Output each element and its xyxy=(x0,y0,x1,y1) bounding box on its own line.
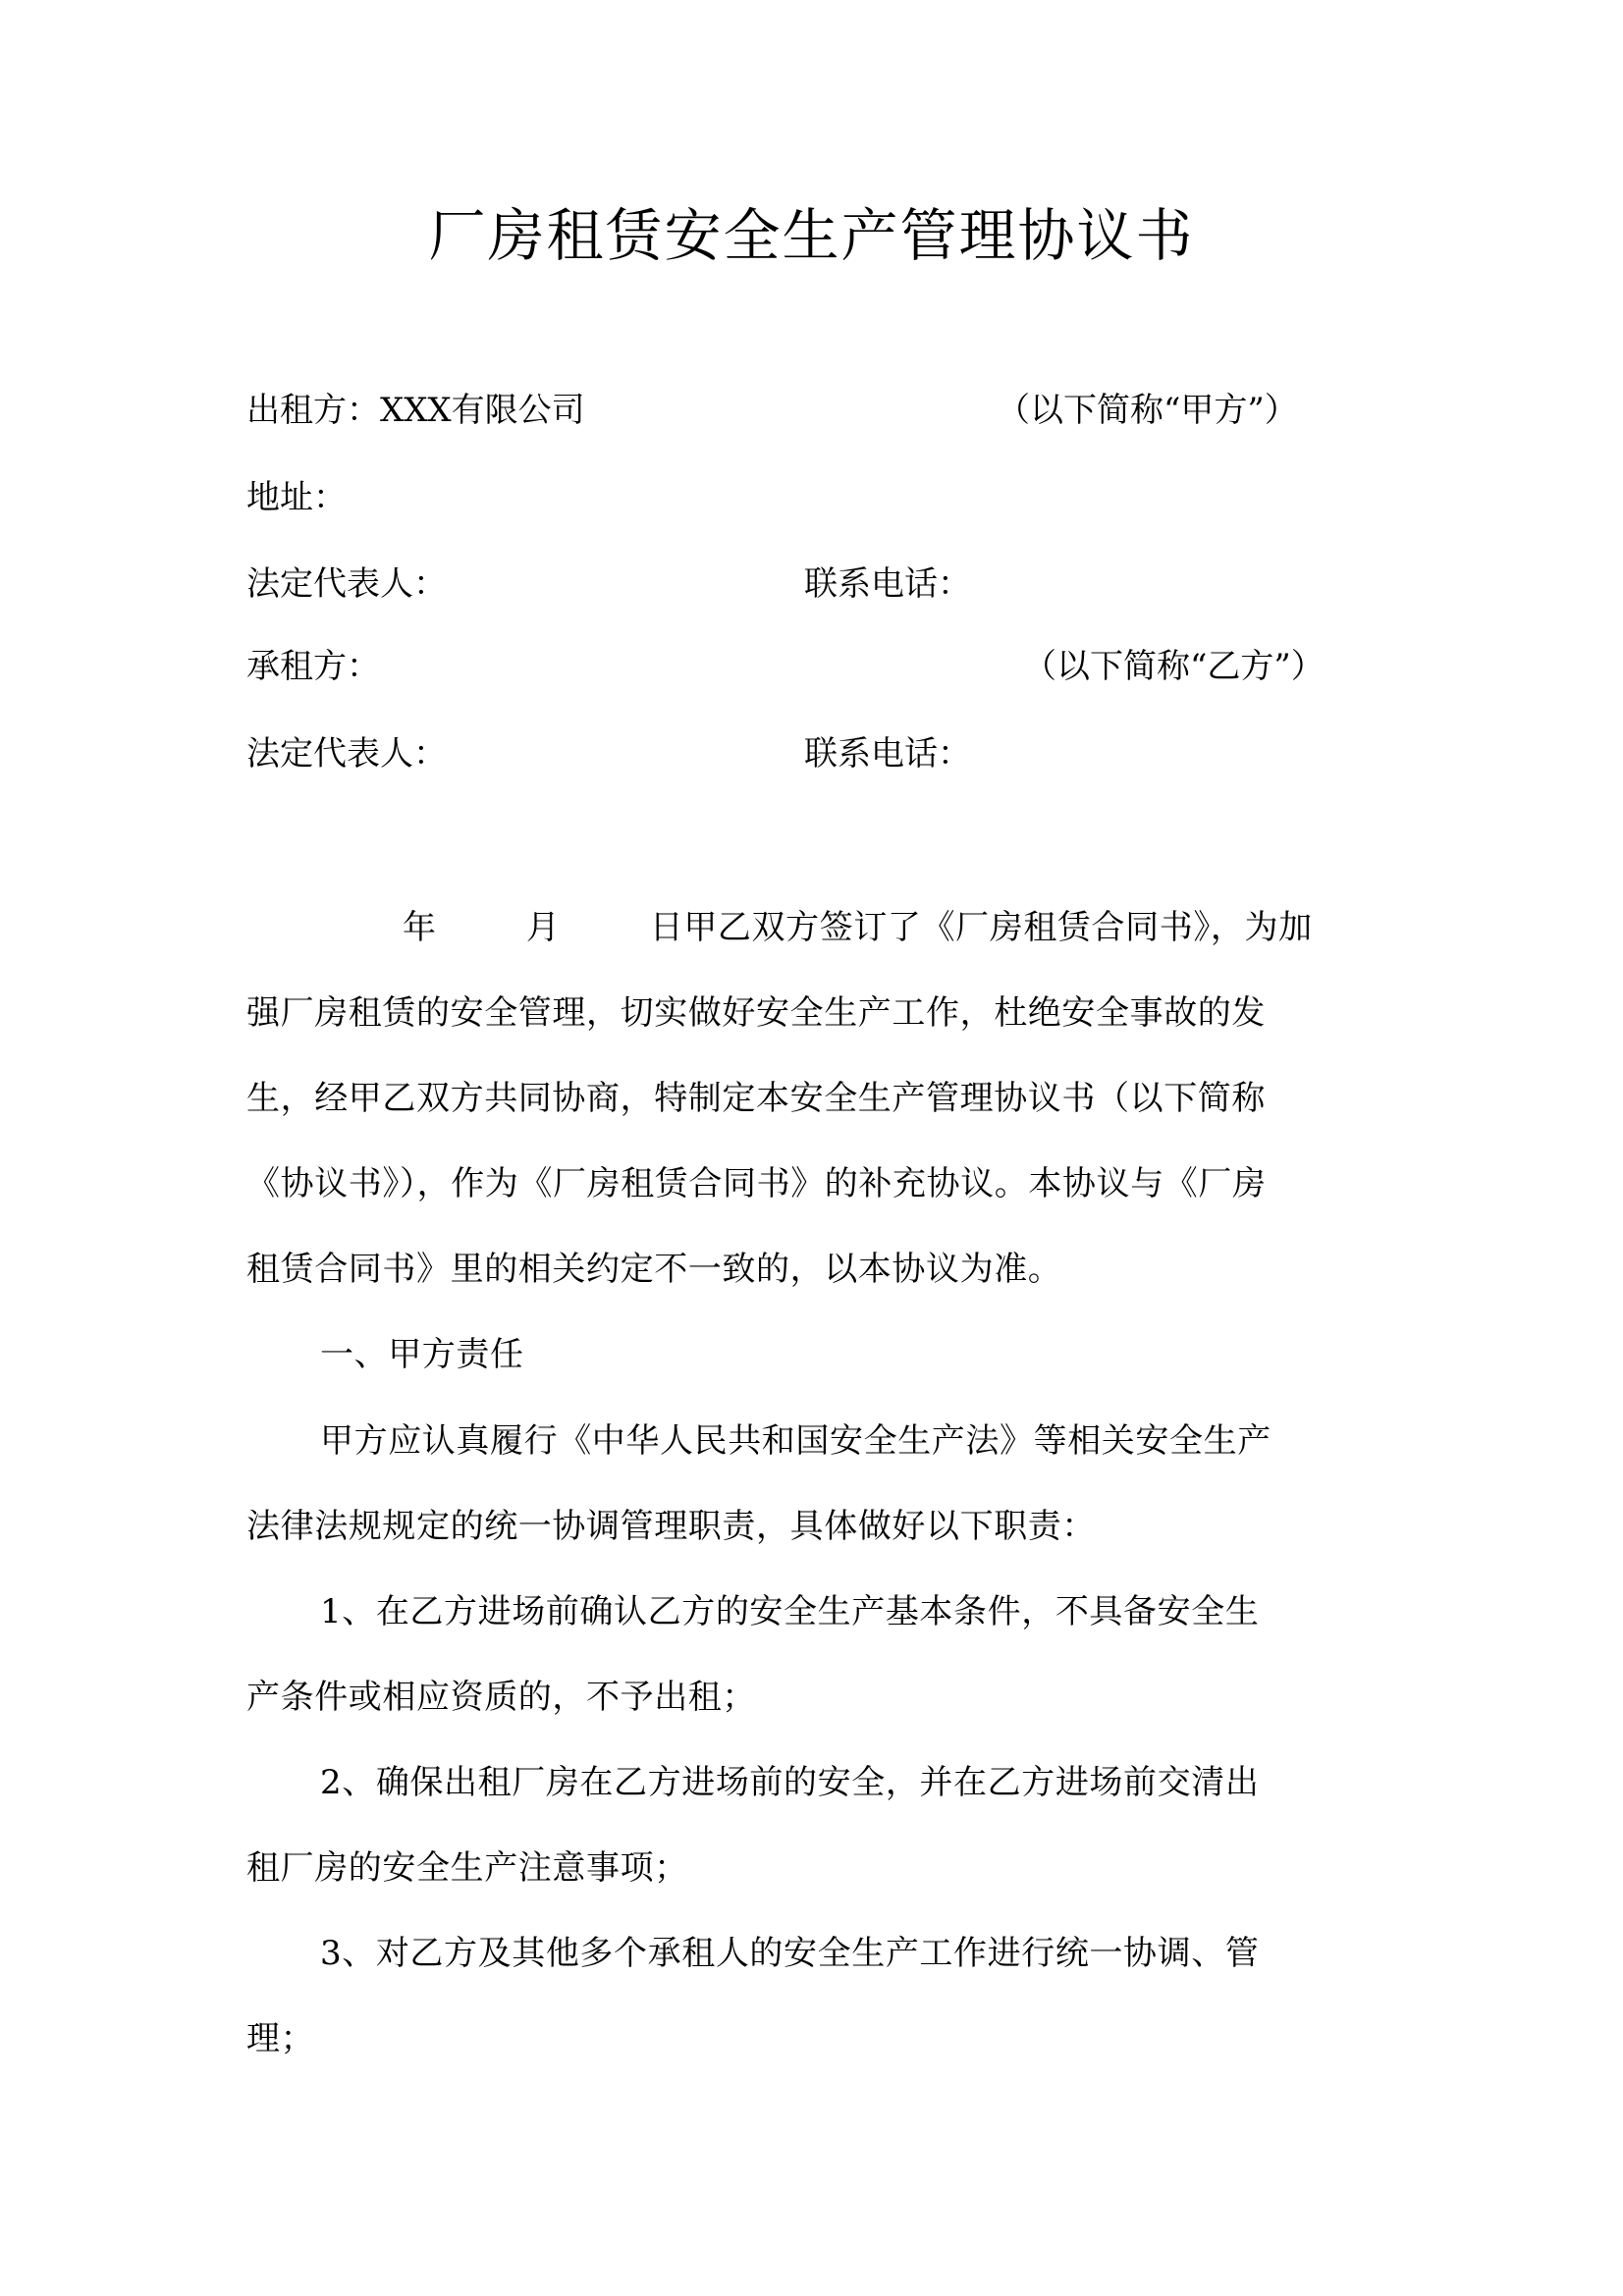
lessor-legal-rep: 法定代表人： xyxy=(246,560,447,609)
lessee-phone: 联系电话： xyxy=(804,729,971,778)
list-item-3-cont: 理； xyxy=(246,2014,1385,2063)
lessor-name: 出租方：XXX有限公司 xyxy=(246,386,585,435)
lessor-phone: 联系电话： xyxy=(804,560,971,609)
intro-line: 租赁合同书》里的相关约定不一致的，以本协议为准。 xyxy=(246,1245,1385,1294)
lessor-address: 地址： xyxy=(246,473,347,522)
document-page: 厂房租赁安全生产管理协议书 出租方：XXX有限公司 （以下简称“甲方”） 地址：… xyxy=(0,0,1623,2296)
list-item-1: 1、在乙方进场前确认乙方的安全生产基本条件，不具备安全生 xyxy=(320,1587,1385,1636)
list-item-2: 2、确保出租厂房在乙方进场前的安全，并在乙方进场前交清出 xyxy=(320,1758,1385,1807)
list-item-3: 3、对乙方及其他多个承租人的安全生产工作进行统一协调、管 xyxy=(320,1929,1385,1978)
section-lead-line: 甲方应认真履行《中华人民共和国安全生产法》等相关安全生产 xyxy=(320,1416,1385,1466)
section-heading: 一、甲方责任 xyxy=(320,1330,1385,1379)
intro-line: 强厂房租赁的安全管理，切实做好安全生产工作，杜绝安全事故的发 xyxy=(246,988,1385,1038)
lessee-legal-rep: 法定代表人： xyxy=(246,729,447,778)
lessee-name: 承租方： xyxy=(246,642,380,691)
section-lead-line: 法律法规规定的统一协调管理职责，具体做好以下职责： xyxy=(246,1502,1385,1551)
intro-line: 《协议书》），作为《厂房租赁合同书》的补充协议。本协议与《厂房 xyxy=(246,1159,1385,1208)
intro-line: 年 月 日甲乙双方签订了《厂房租赁合同书》，为加 xyxy=(403,903,1385,952)
list-item-1-cont: 产条件或相应资质的，不予出租； xyxy=(246,1673,1385,1722)
list-item-2-cont: 租厂房的安全生产注意事项； xyxy=(246,1843,1385,1893)
document-title: 厂房租赁安全生产管理协议书 xyxy=(0,196,1623,275)
intro-line: 生，经甲乙双方共同协商，特制定本安全生产管理协议书（以下简称 xyxy=(246,1074,1385,1123)
lessor-alias: （以下简称“甲方”） xyxy=(997,386,1298,435)
lessee-alias: （以下简称“乙方”） xyxy=(1023,642,1325,691)
